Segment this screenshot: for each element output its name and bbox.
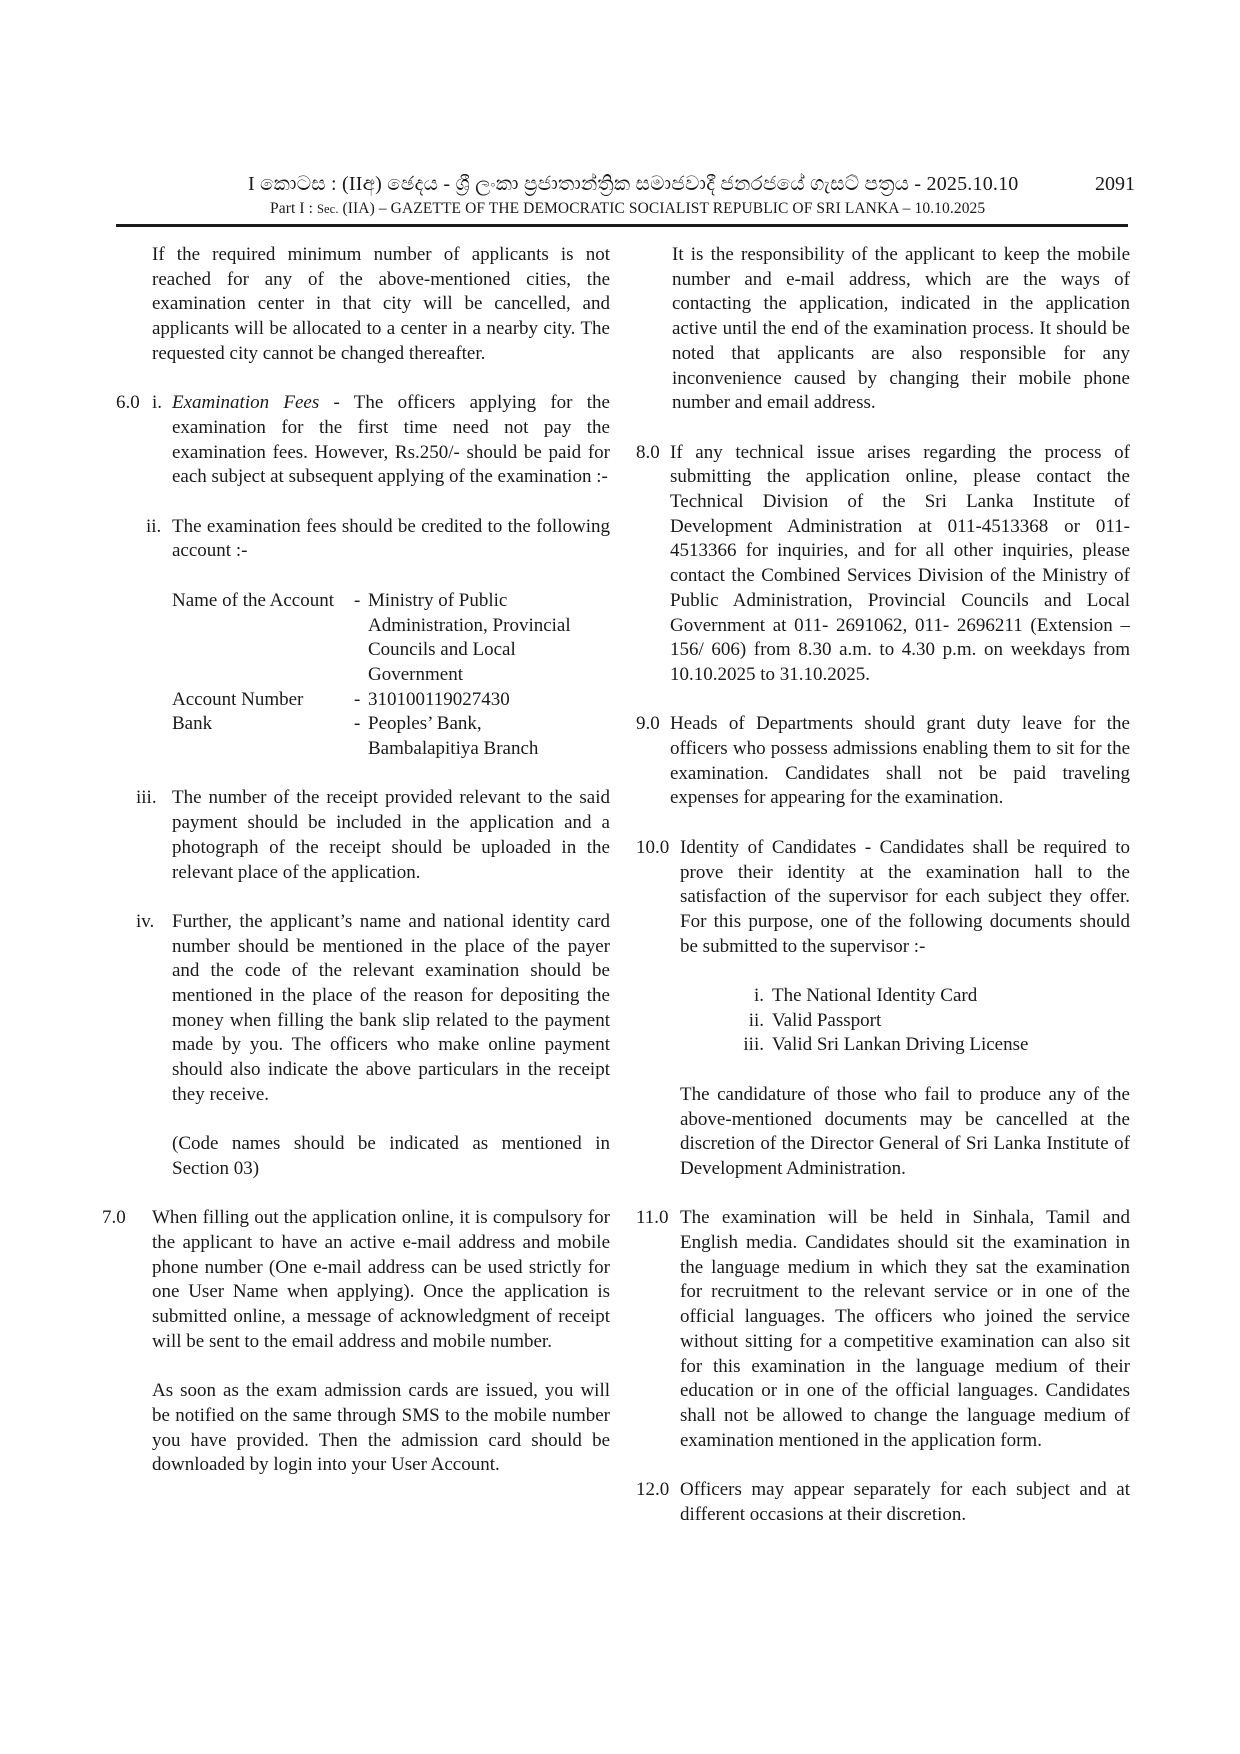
section-text-2: As soon as the exam admission cards are …	[116, 1379, 610, 1478]
page-number: 2091	[1095, 173, 1135, 196]
value-line: Councils and Local	[368, 638, 610, 663]
header-divider	[116, 224, 1128, 227]
value-line: Bambalapitiya Branch	[368, 737, 610, 762]
roman-numeral: iv.	[136, 910, 154, 935]
document-label: Valid Passport	[772, 1009, 881, 1034]
value-line: Peoples’ Bank,	[368, 712, 610, 737]
item-text: Further, the applicant’s name and nation…	[116, 910, 610, 1108]
account-name-label: Name of the Account	[172, 589, 354, 688]
list-item: i. The National Identity Card	[736, 984, 1130, 1009]
item-text: Examination Fees - The officers applying…	[116, 391, 610, 490]
section-6-item-iii: iii. The number of the receipt provided …	[116, 786, 610, 885]
roman-numeral: ii.	[146, 515, 161, 540]
header-sinhala-title: I කොටස : (IIඅ) ඡෙදය - ශ්‍රී ලංකා ප්‍රජාත…	[248, 173, 1028, 196]
section-number: 12.0	[636, 1478, 669, 1503]
value-line: Government	[368, 663, 610, 688]
item-text: The examination fees should be credited …	[116, 515, 610, 564]
section-number: 9.0	[636, 712, 660, 737]
section-text: The examination will be held in Sinhala,…	[636, 1206, 1130, 1453]
section-6: 6.0 i. Examination Fees - The officers a…	[116, 391, 610, 1181]
section-8: 8.0 If any technical issue arises regard…	[636, 441, 1130, 688]
section-7-continuation: It is the responsibility of the applican…	[636, 243, 1130, 416]
identity-documents-list: i. The National Identity Card ii. Valid …	[636, 984, 1130, 1058]
account-number-label: Account Number	[172, 688, 354, 713]
intro-paragraph: If the required minimum number of applic…	[116, 243, 610, 367]
roman-numeral: i.	[152, 391, 162, 416]
account-number-value: 310100119027430	[368, 688, 610, 713]
section-6-item-ii: ii. The examination fees should be credi…	[116, 515, 610, 564]
item-text: The number of the receipt provided relev…	[116, 786, 610, 885]
roman-numeral: i.	[736, 984, 772, 1009]
list-item: ii. Valid Passport	[736, 1009, 1130, 1034]
left-column: If the required minimum number of applic…	[116, 243, 610, 1478]
bank-value: Peoples’ Bank, Bambalapitiya Branch	[368, 712, 610, 761]
value-line: Ministry of Public	[368, 589, 610, 614]
section-12: 12.0 Officers may appear separately for …	[636, 1478, 1130, 1527]
section-10: 10.0 Identity of Candidates - Candidates…	[636, 836, 1130, 1182]
document-label: Valid Sri Lankan Driving License	[772, 1033, 1028, 1058]
header-gazette-title: (IIA) – GAZETTE OF THE DEMOCRATIC SOCIAL…	[339, 200, 986, 217]
bank-label: Bank	[172, 712, 354, 761]
section-6-item-iv: iv. Further, the applicant’s name and na…	[116, 910, 610, 1182]
list-item: iii. Valid Sri Lankan Driving License	[736, 1033, 1130, 1058]
section-text: Officers may appear separately for each …	[636, 1478, 1130, 1527]
header-part-number: I :	[295, 200, 317, 217]
code-names-note: (Code names should be indicated as menti…	[116, 1132, 610, 1181]
section-9: 9.0 Heads of Departments should grant du…	[636, 712, 1130, 811]
document-label: The National Identity Card	[772, 984, 977, 1009]
section-text: Identity of Candidates - Candidates shal…	[636, 836, 1130, 960]
account-number-row: Account Number - 310100119027430	[172, 688, 610, 713]
value-line: Administration, Provincial	[368, 614, 610, 639]
roman-numeral: iii.	[736, 1033, 772, 1058]
dash: -	[354, 688, 368, 713]
item-heading: Examination Fees	[172, 392, 319, 413]
section-text: Heads of Departments should grant duty l…	[636, 712, 1130, 811]
header-sec-label: Sec.	[317, 202, 339, 216]
header-english-title: Part I : Sec. (IIA) – GAZETTE OF THE DEM…	[270, 200, 1070, 218]
bank-row: Bank - Peoples’ Bank, Bambalapitiya Bran…	[172, 712, 610, 761]
account-name-value: Ministry of Public Administration, Provi…	[368, 589, 610, 688]
section-11: 11.0 The examination will be held in Sin…	[636, 1206, 1130, 1453]
section-text: When filling out the application online,…	[116, 1206, 610, 1354]
section-number: 11.0	[636, 1206, 669, 1231]
section-number: 7.0	[102, 1206, 126, 1231]
section-6-item-i: i. Examination Fees - The officers apply…	[116, 391, 610, 490]
right-column: It is the responsibility of the applican…	[636, 243, 1130, 1527]
section-number: 10.0	[636, 836, 669, 861]
section-number: 8.0	[636, 441, 660, 466]
dash: -	[354, 589, 368, 688]
section-text: If any technical issue arises regarding …	[636, 441, 1130, 688]
roman-numeral: ii.	[736, 1009, 772, 1034]
dash: -	[354, 712, 368, 761]
roman-numeral: iii.	[136, 786, 157, 811]
account-details: Name of the Account - Ministry of Public…	[116, 589, 610, 762]
section-7: 7.0 When filling out the application onl…	[116, 1206, 610, 1478]
account-name-row: Name of the Account - Ministry of Public…	[172, 589, 610, 688]
section-text-2: The candidature of those who fail to pro…	[636, 1083, 1130, 1182]
header-part-label: Part	[270, 200, 295, 217]
